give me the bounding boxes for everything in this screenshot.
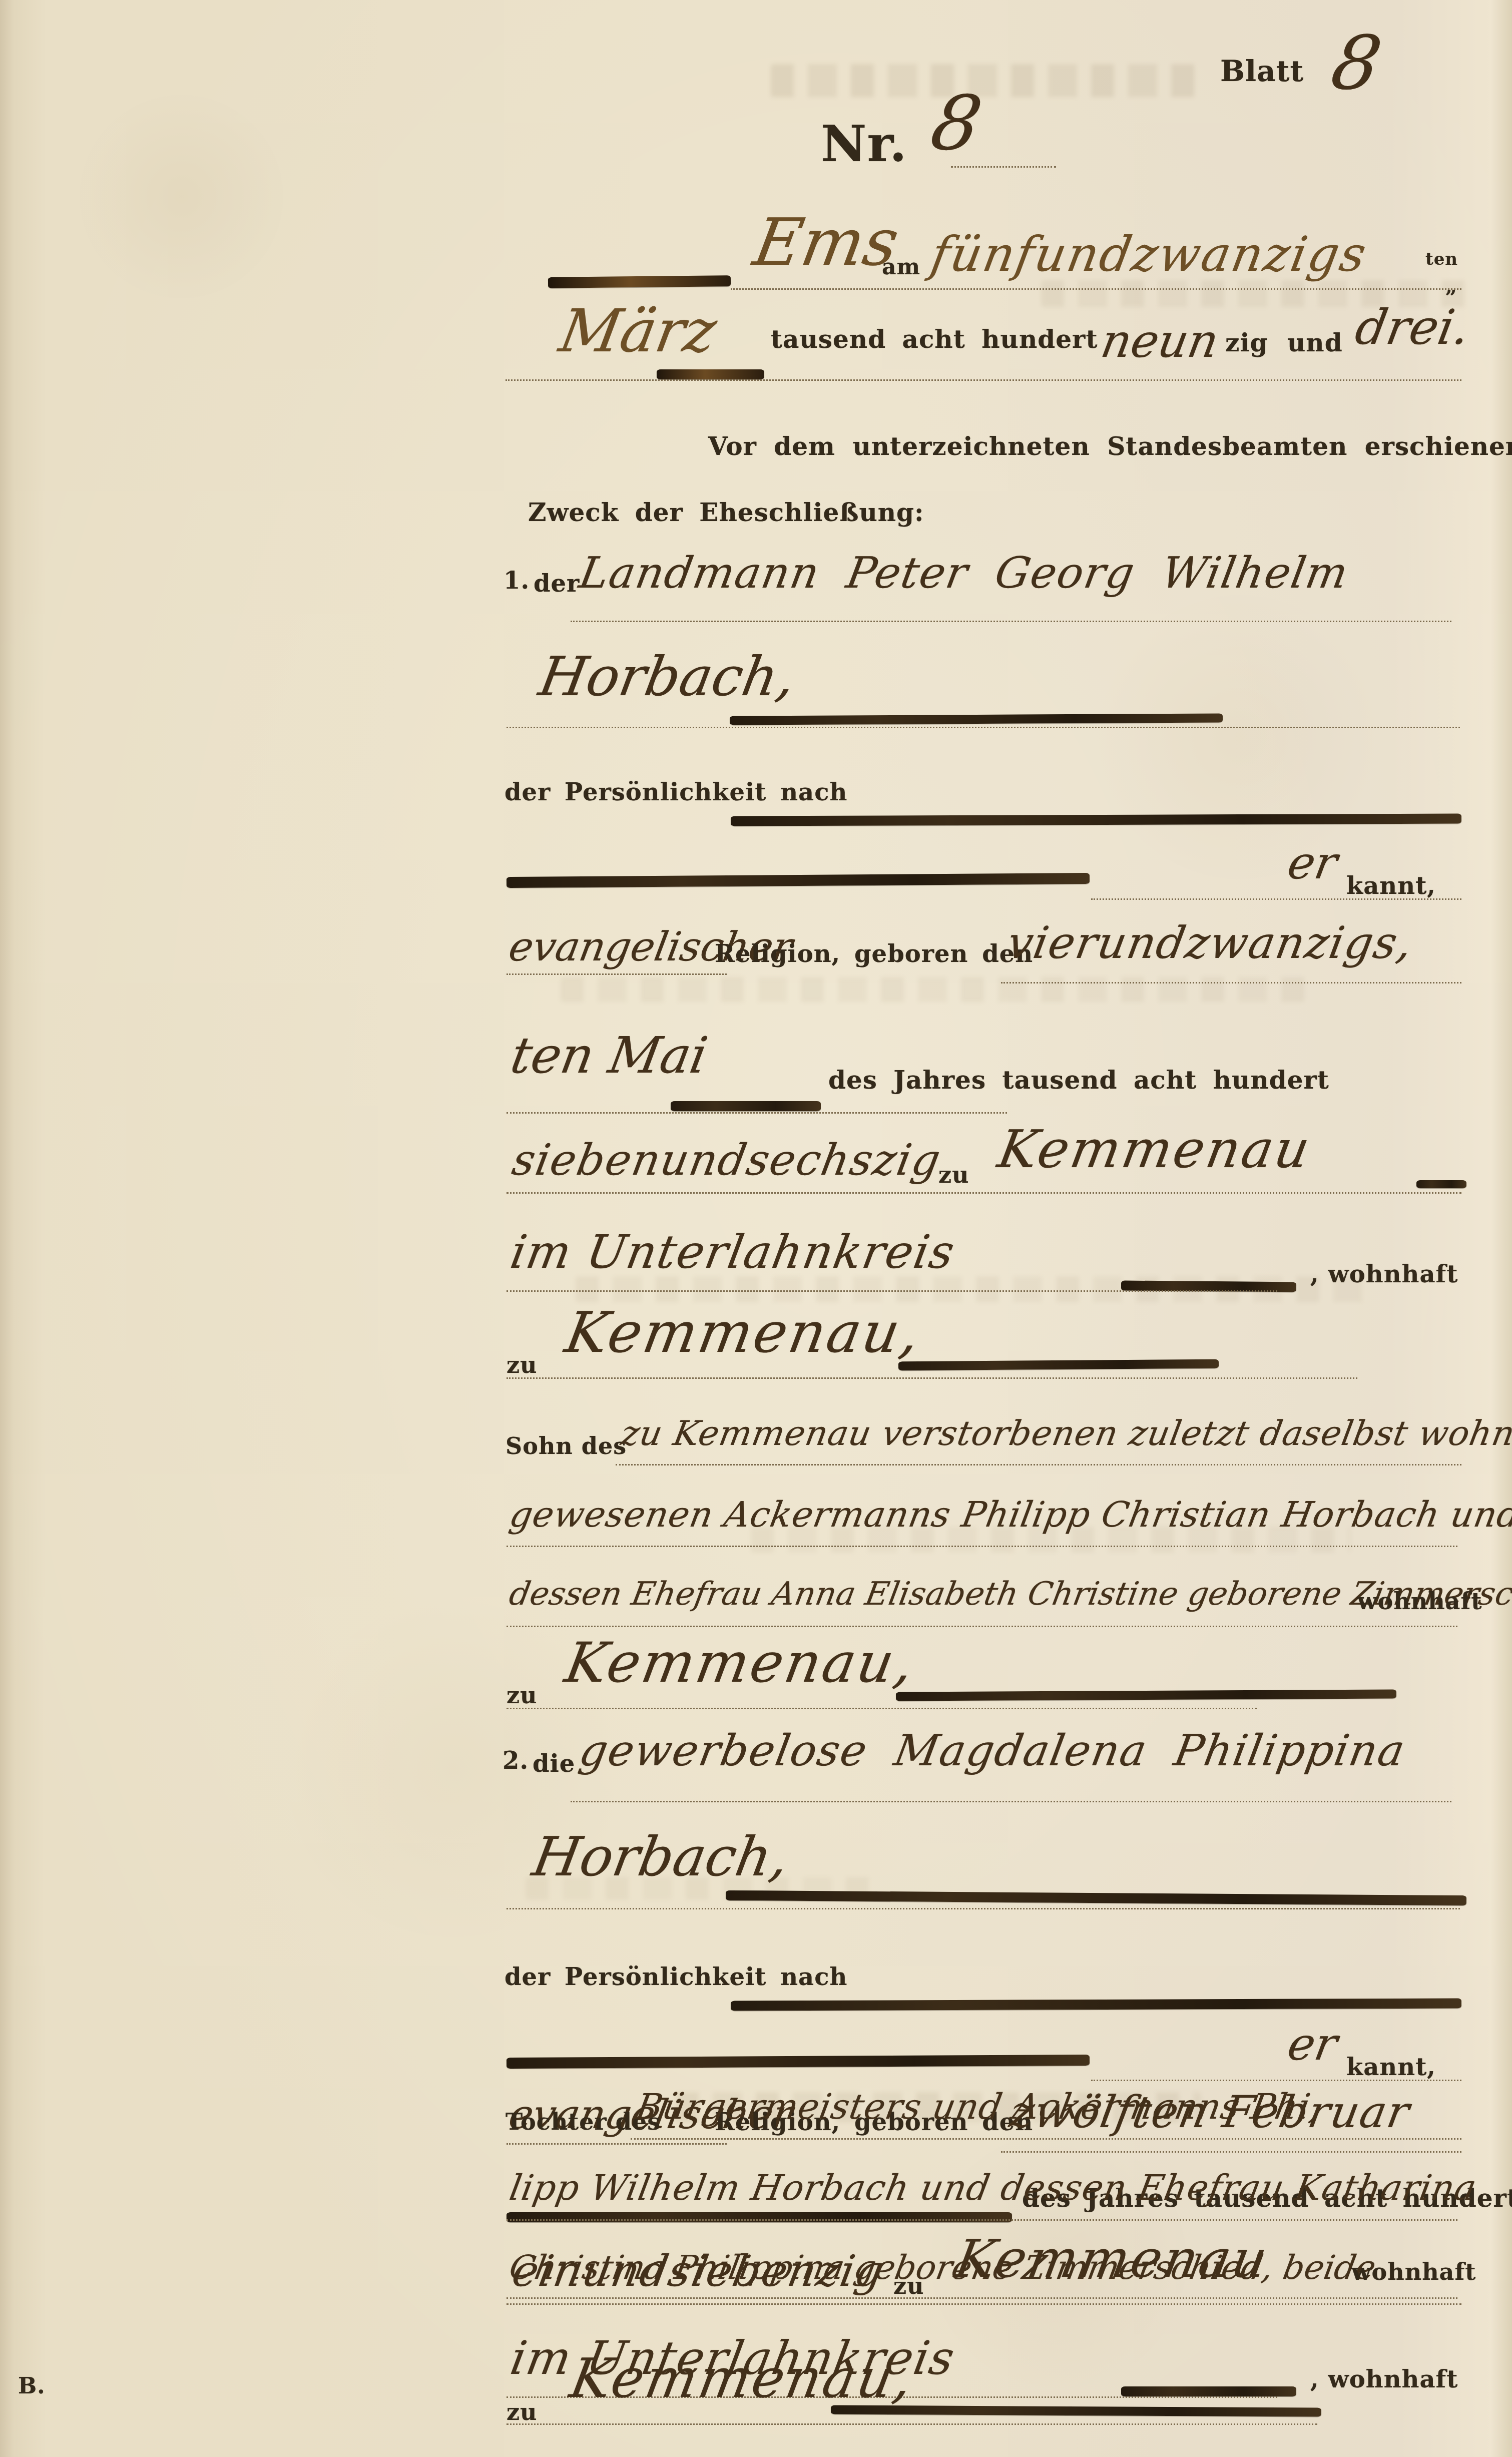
groom-identity-label: der Persönlichkeit nach — [505, 778, 847, 806]
bride-identity-label: der Persönlichkeit nach — [505, 1963, 847, 1991]
leader-dots — [507, 2219, 1457, 2221]
leader-dots — [507, 1112, 1007, 1114]
groom-article-label: der — [534, 570, 580, 598]
day-suffix-label: ten — [1425, 249, 1458, 269]
bride-names-handwritten: gewerbelose Magdalena Philippina — [576, 1726, 1409, 1776]
ink-strike-line — [671, 1101, 821, 1111]
groom-surname-handwritten: Horbach, — [535, 646, 800, 708]
leader-dots — [1091, 898, 1461, 900]
footer-mark: B. — [18, 2373, 46, 2399]
leader-dots — [507, 1908, 1460, 1909]
ink-strike-line — [548, 275, 731, 288]
ink-strike-line — [731, 1998, 1461, 2011]
leader-dots — [631, 2138, 1461, 2140]
groom-parents-zu-label: zu — [507, 1682, 538, 1709]
groom-birthplace-handwritten: Kemmenau — [993, 1119, 1316, 1180]
leader-dots — [507, 1708, 1257, 1709]
leader-dots — [507, 2303, 1461, 2305]
bride-parents-wohnhaft-label: wohnhaft — [1351, 2258, 1476, 2285]
leader-dots — [507, 1546, 1457, 1547]
leader-dots — [507, 727, 1460, 728]
ink-strike-line — [831, 2405, 1321, 2416]
sheet-label: Blatt — [1220, 54, 1304, 88]
groom-year-label: des Jahres tausend acht hundert — [828, 1065, 1329, 1095]
ink-strike-line — [507, 2212, 1012, 2222]
groom-birthday-cont-handwritten: ten Mai — [507, 1026, 712, 1085]
intro-line-2: Zweck der Eheschließung: — [528, 498, 924, 527]
groom-residence-zu-label: zu — [507, 1351, 538, 1378]
groom-birthyear-handwritten: siebenundsechszig — [509, 1135, 945, 1185]
groom-parents-residence-handwritten: Kemmenau, — [561, 1631, 920, 1695]
year-ones-handwritten: drei. — [1351, 299, 1474, 355]
leader-dots — [571, 1801, 1451, 1802]
ink-strike-line — [507, 873, 1090, 888]
groom-district-handwritten: im Unterlahnkreis — [507, 1225, 959, 1279]
leader-dots — [507, 973, 727, 975]
year-conj-label: und — [1287, 328, 1343, 357]
leader-dots — [1001, 2151, 1461, 2153]
leader-dots — [951, 166, 1056, 168]
ink-strike-line — [730, 713, 1223, 725]
groom-parents-line1-handwritten: zu Kemmenau verstorbenen zuletzt daselbs… — [618, 1414, 1512, 1453]
bride-index: 2. — [502, 1747, 529, 1775]
leader-dots — [506, 379, 1461, 381]
groom-parents-line2-handwritten: gewesenen Ackermanns Philipp Christian H… — [507, 1494, 1512, 1535]
groom-identity-handwritten: er — [1284, 837, 1341, 889]
sheet-number-handwritten: 8 — [1325, 20, 1388, 106]
bride-parents-line3-handwritten: Christina Philippina geborene Zimmerschi… — [507, 2248, 1379, 2287]
ink-strike-line — [1121, 2386, 1296, 2396]
leader-dots — [507, 2423, 1317, 2425]
ink-strike-line — [726, 1890, 1466, 1905]
ink-strike-line — [507, 2055, 1090, 2069]
groom-religion-printed: Religion, geboren den — [715, 940, 1033, 968]
leader-dots — [1001, 982, 1461, 984]
leader-dots — [507, 2297, 1457, 2299]
entry-number-handwritten: 8 — [925, 80, 988, 167]
groom-zu-label: zu — [938, 1161, 969, 1188]
bride-identity-printed: kannt, — [1346, 2053, 1436, 2081]
year-tens-handwritten: neun — [1097, 314, 1223, 368]
leader-dots — [507, 1626, 1457, 1627]
leader-dots — [571, 621, 1451, 622]
bride-article-label: die — [533, 1750, 575, 1778]
leader-dots — [507, 1377, 1357, 1379]
leader-dots — [1091, 2080, 1461, 2081]
leader-dots — [616, 1464, 1461, 1465]
groom-residence-handwritten: Kemmenau, — [561, 1300, 926, 1365]
groom-wohnhaft-label: , wohnhaft — [1310, 1260, 1458, 1288]
leader-dots — [507, 1192, 1461, 1194]
groom-index: 1. — [503, 567, 530, 595]
groom-birthday-handwritten: vierundzwanzigs, — [1003, 917, 1417, 968]
ink-strike-line — [657, 369, 764, 379]
bride-identity-handwritten: er — [1284, 2018, 1341, 2071]
bride-wohnhaft-label: , wohnhaft — [1310, 2365, 1458, 2393]
bride-parents-zu-row-label: zu — [507, 2398, 538, 2425]
marriage-register-page: Blatt 8 Nr. 8 Ems am fünfundzwanzigs ten… — [0, 0, 1512, 2457]
year-prefix-label: tausend acht hundert — [771, 324, 1098, 354]
groom-parents-wohnhaft-label: wohnhaft — [1357, 1588, 1482, 1615]
month-handwritten: März — [555, 296, 722, 365]
bleed-through-ghost — [561, 977, 1311, 1002]
am-label: am — [882, 254, 920, 280]
bride-parents-line1-handwritten: Bürgermeisters und Ackermanns Phi, — [633, 2086, 1325, 2127]
ink-strike-line — [898, 1359, 1219, 1370]
bride-parents-line2-handwritten: lipp Wilhelm Horbach und dessen Ehefrau … — [507, 2167, 1480, 2208]
ink-strike-line — [731, 813, 1461, 826]
ink-strike-line — [1416, 1180, 1466, 1188]
groom-identity-printed: kannt, — [1346, 872, 1436, 900]
ditto-mark: „ — [1445, 274, 1457, 298]
place-handwritten: Ems — [748, 204, 904, 280]
groom-parents-label: Sohn des — [506, 1432, 627, 1459]
groom-names-handwritten: Landmann Peter Georg Wilhelm — [576, 548, 1352, 598]
bride-residence-handwritten: Kemmenau, — [566, 2347, 919, 2410]
leader-dots — [507, 2143, 727, 2145]
bride-surname-handwritten: Horbach, — [528, 1826, 794, 1888]
leader-dots — [731, 288, 1461, 290]
year-tens-printed: zig — [1225, 328, 1268, 357]
entry-number-label: Nr. — [821, 114, 907, 173]
leader-dots — [507, 1290, 1277, 1292]
ink-strike-line — [896, 1689, 1396, 1701]
intro-line-1: Vor dem unterzeichneten Standesbeamten e… — [708, 431, 1512, 461]
day-handwritten: fünfundzwanzigs — [927, 226, 1371, 282]
